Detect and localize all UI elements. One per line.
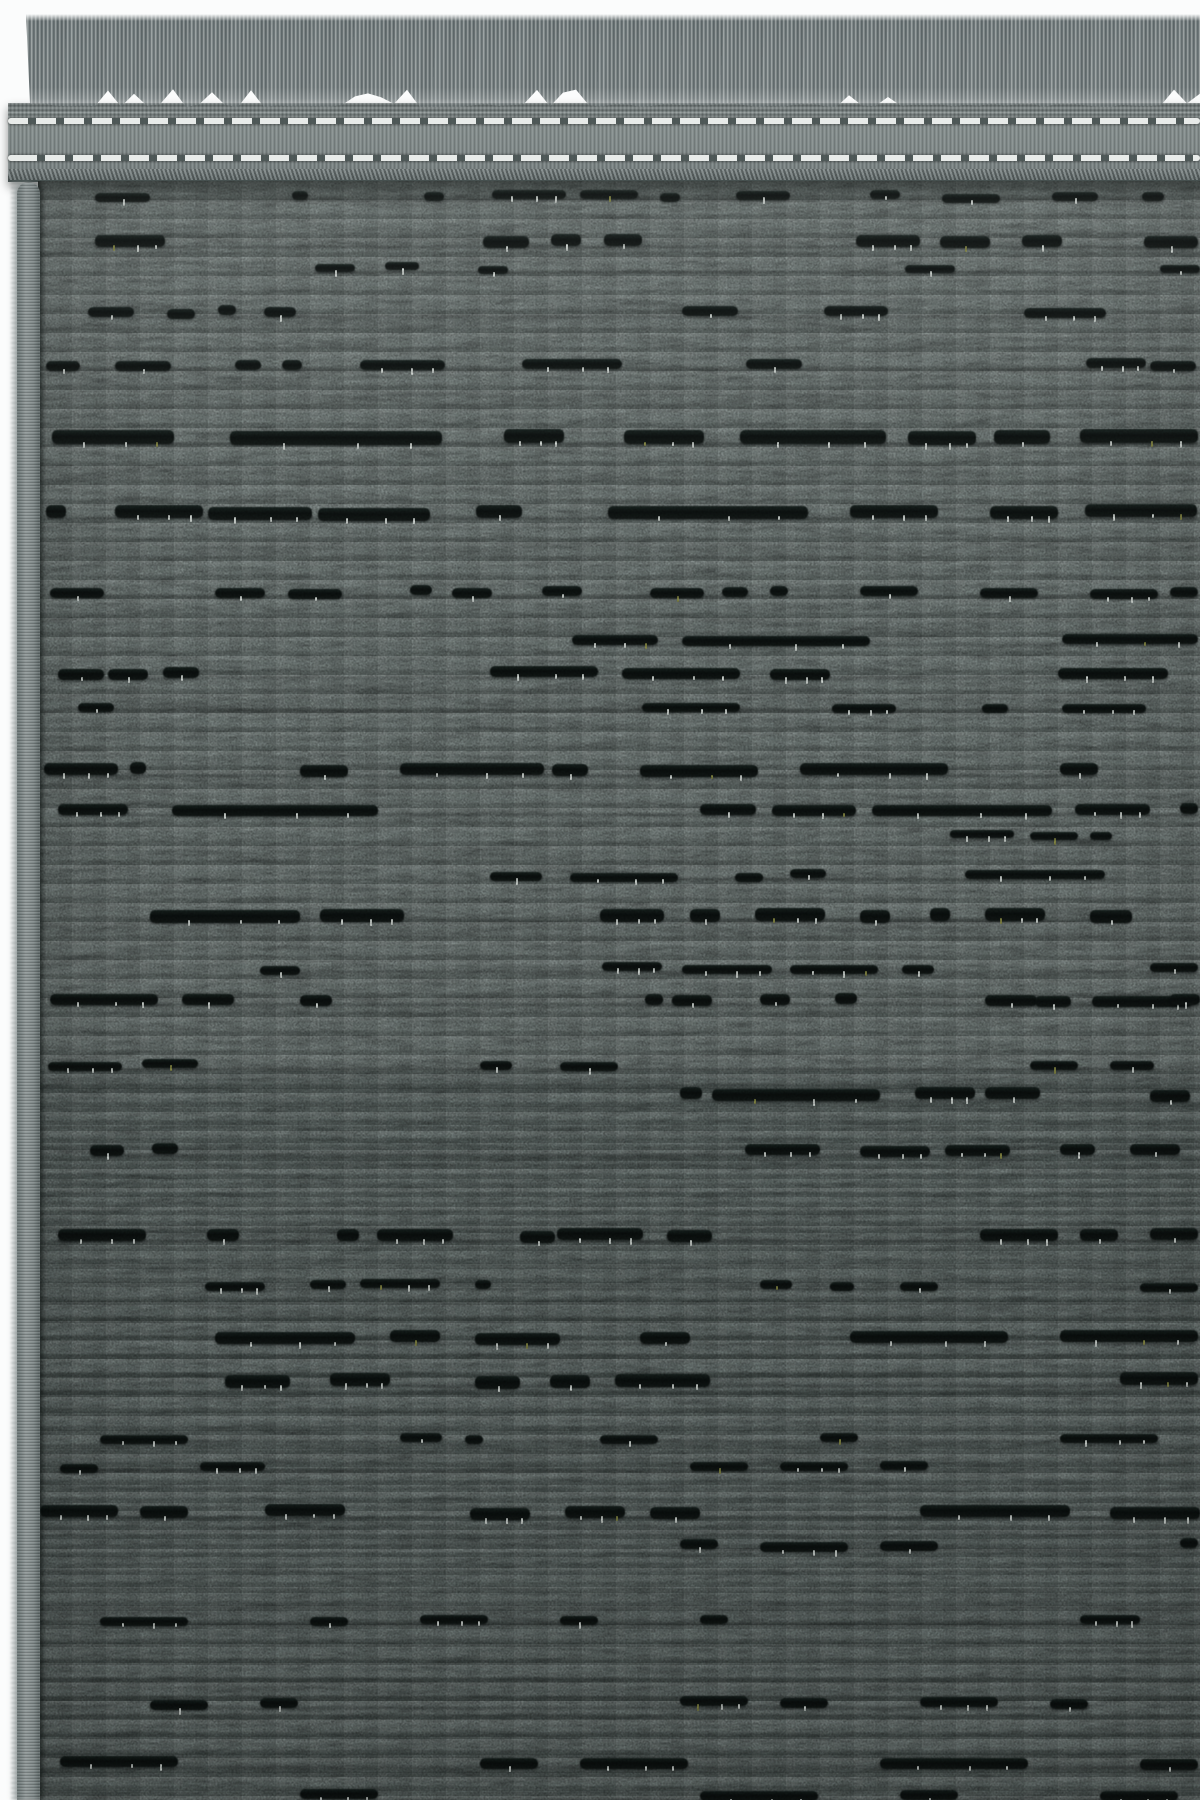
left-edge-binding — [17, 182, 40, 1800]
photo-vignette — [38, 181, 1200, 1800]
rug-header-band — [8, 103, 1200, 182]
stitch-row-top — [8, 118, 1200, 124]
rug-product-photo — [0, 0, 1200, 1800]
binding-fuzz — [11, 182, 20, 1800]
rug-fringe — [26, 14, 1200, 108]
rug-pile — [38, 181, 1200, 1800]
stitch-row-bottom — [8, 155, 1200, 161]
